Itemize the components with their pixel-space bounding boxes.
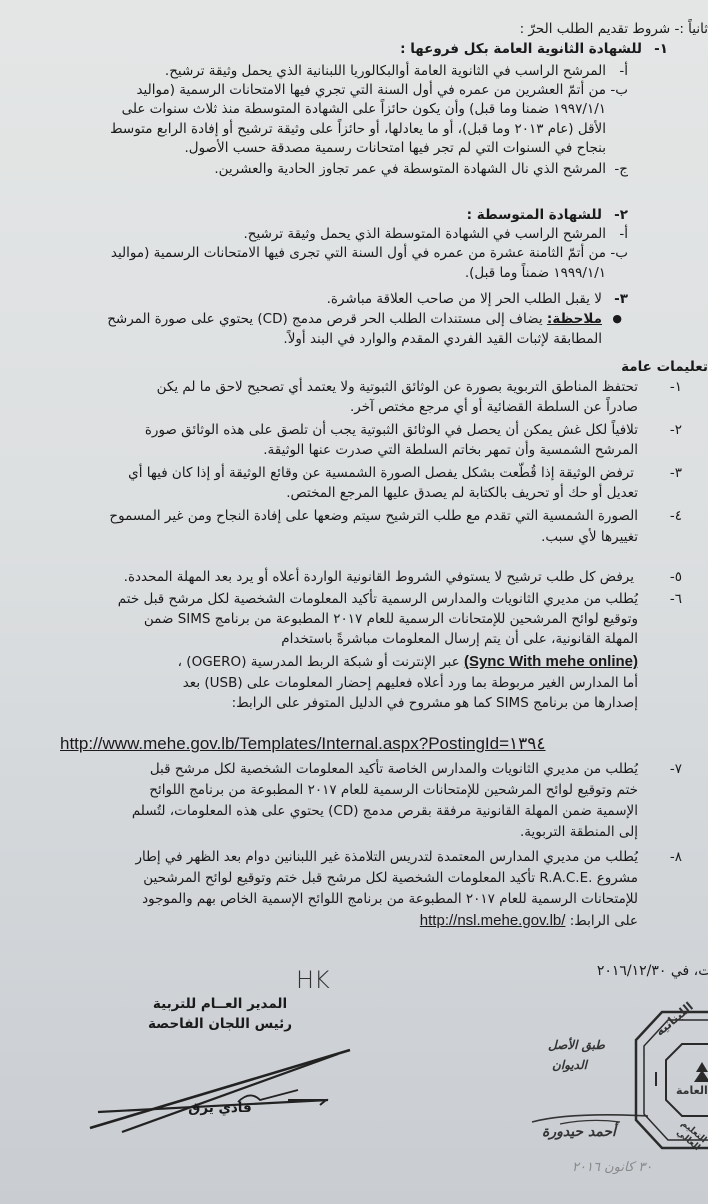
signature-icon (88, 1040, 358, 1136)
item-number: ٦- (670, 590, 682, 609)
item-text: على الرابط: (570, 913, 638, 929)
bullet-icon: ● (612, 309, 622, 328)
item-line: (Sync With mehe online) عبر الإنترنت أو … (178, 652, 638, 672)
item-letter: أ- (619, 62, 628, 81)
item-number: ٧- (670, 760, 682, 779)
item-line: وتوقيع لوائح المرشحين للإمتحانات الرسمية… (144, 610, 638, 629)
item-line: على الرابط: http://nsl.mehe.gov.lb/ (420, 911, 638, 931)
item-number: ٤- (670, 507, 682, 526)
item-line: الأقل (عام ٢٠١٣ وما قبل)، أو ما يعادلها،… (110, 120, 606, 139)
item-line: تلافياً لكل غش يمكن أن يحصل في الوثائق ا… (145, 421, 638, 440)
item-line: الإسمية ضمن المهلة القانونية مرفقة بقرص … (132, 802, 638, 821)
item-letter: ب- (610, 244, 628, 263)
sync-link[interactable]: (Sync With mehe online) (464, 653, 638, 670)
item-line: من أتمّ الثامنة عشرة من عمره في أول السن… (111, 244, 606, 263)
note-text: يضاف إلى مستندات الطلب الحر قرص مدمج (CD… (107, 311, 542, 327)
copy-date-stamp: ٣٠ كانون ٢٠١٦ (572, 1160, 652, 1175)
item-line: ترفض الوثيقة إذا قُطّعت بشكل يفصل الصورة… (128, 464, 634, 483)
item-letter: ج- (614, 160, 628, 179)
general-title: تعليمات عامة (621, 358, 708, 377)
copy-label: الديوان (552, 1058, 587, 1072)
item-line: المرشح الراسب في الشهادة المتوسطة الذي ي… (243, 225, 606, 244)
item-line: المرشح الشمسية وأن تمهر بخاتم السلطة الت… (263, 441, 638, 460)
note-line: ملاحظة: يضاف إلى مستندات الطلب الحر قرص … (107, 310, 602, 329)
signatory-title: المدير العــام للتربية (140, 994, 300, 1014)
item-line: يُطلب من مديري المدارس المعتمدة لتدريس ا… (135, 848, 638, 867)
item-line: للإمتحانات الرسمية للعام ٢٠١٧ المطبوعة م… (142, 890, 638, 909)
note-label: ملاحظة: (547, 311, 602, 327)
item-line: ١٩٩٩/١/١ ضمناً وما قبل). (465, 264, 606, 283)
item-line: يرفض كل طلب ترشيح لا يستوفي الشروط القان… (124, 568, 634, 587)
item-line: الصورة الشمسية التي تقدم مع طلب الترشيح … (109, 507, 638, 526)
initials-mark: HK (296, 966, 330, 994)
item-line: تحتفظ المناطق التربوية بصورة عن الوثائق … (157, 378, 638, 397)
item-line: بنجاح في السنوات التي لم تجر فيها امتحان… (184, 139, 606, 158)
item-line: تعديل أو حك أو تحريف بالكتابة لم يصدق عل… (286, 484, 638, 503)
item-letter: أ- (619, 225, 628, 244)
signatory-block: المدير العــام للتربية رئيس اللجان الفاح… (140, 994, 300, 1034)
item-letter: ب- (610, 81, 628, 100)
section-2-title: للشهادة المتوسطة : (467, 206, 602, 225)
nsl-link[interactable]: http://nsl.mehe.gov.lb/ (420, 912, 566, 929)
section-1-title: للشهادة الثانوية العامة بكل فروعها : (400, 40, 642, 59)
item-text: عبر الإنترنت أو شبكة الربط المدرسية (OGE… (178, 654, 460, 670)
item-line: مشروع .R.A.C.E تأكيد المعلومات الشخصية ل… (143, 869, 638, 888)
signatory-name: فادي يرق (160, 1098, 280, 1118)
item-line: صادراً عن السلطة القضائية أو أي مرجع مخت… (350, 398, 638, 417)
item-line: أما المدارس الغير مربوطة بما ورد أعلاه ف… (183, 674, 638, 693)
item-line: ١٩٩٧/١/١ ضمنا وما قبل) وأن يكون حائزاً ع… (122, 100, 606, 119)
item-line: المرشح الراسب في الثانوية العامة أوالبكا… (165, 62, 606, 81)
section-3-text: لا يقبل الطلب الحر إلا من صاحب العلاقة م… (327, 290, 602, 309)
item-number: ١- (670, 378, 682, 397)
stamp-text: العامة (676, 1084, 708, 1097)
item-number: ٥- (670, 568, 682, 587)
date-line: بيروت، في ٢٠١٦/١٢/٣٠ (597, 962, 708, 981)
section-1-number: ١- (654, 40, 668, 59)
copy-label: طبق الأصل (548, 1038, 605, 1052)
item-line: تغييرها لأي سبب. (541, 528, 638, 547)
item-line: ختم وتوقيع لوائح المرشحين للإمتحانات الر… (149, 781, 638, 800)
section-heading: ثانياً :- شروط تقديم الطلب الحرّ : (520, 20, 708, 39)
item-line: من أتمّ العشرين من عمره في أول السنة الت… (136, 81, 606, 100)
posting-link[interactable]: http://www.mehe.gov.lb/Templates/Interna… (60, 734, 546, 754)
section-2-number: ٢- (614, 206, 628, 225)
copy-signer: أحمد حيدورة (542, 1124, 616, 1140)
item-number: ٢- (670, 421, 682, 440)
item-number: ٣- (670, 464, 682, 483)
item-line: يُطلب من مديري الثانويات والمدارس الخاصة… (150, 760, 638, 779)
signatory-title: رئيس اللجان الفاحصة (140, 1014, 300, 1034)
item-line: إصدارها من برنامج SIMS كما هو مشروح في ا… (232, 694, 638, 713)
document-page: ثانياً :- شروط تقديم الطلب الحرّ : ١- لل… (0, 0, 708, 1204)
section-3-number: ٣- (614, 290, 628, 309)
item-line: إلى المنطقة التربوية. (520, 823, 638, 842)
note-line: المطابقة لإثبات القيد الفردي المقدم والو… (283, 330, 602, 349)
item-line: المهلة القانونية، على أن يتم إرسال المعل… (281, 630, 638, 649)
item-number: ٨- (670, 848, 682, 867)
item-line: يُطلب من مديري الثانويات والمدارس الرسمي… (118, 590, 638, 609)
item-line: المرشح الذي نال الشهادة المتوسطة في عمر … (214, 160, 606, 179)
